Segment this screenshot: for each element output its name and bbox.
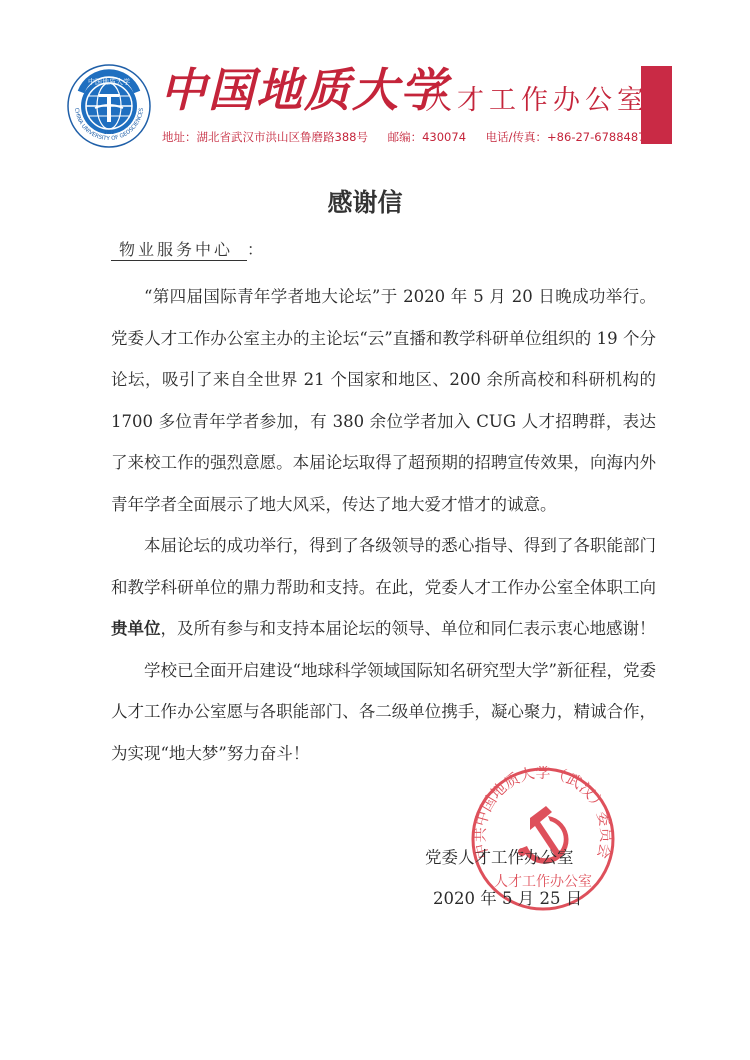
recipient-line: 物业服务中心： <box>111 238 266 262</box>
signature-office: 党委人才工作办公室 <box>425 846 574 870</box>
svg-text:中国地质大学: 中国地质大学 <box>88 77 130 86</box>
university-name: 中国地质大学 <box>160 62 448 118</box>
letter-title: 感谢信 <box>0 186 730 220</box>
recipient-name: 物业服务中心 <box>111 240 247 261</box>
letter-body: “第四届国际青年学者地大论坛”于 2020 年 5 月 20 日晚成功举行。党委… <box>111 276 656 774</box>
university-emblem-icon: 中国地质大学 1952 CHINA UNIVERSITY OF GEOSCIEN… <box>67 64 151 148</box>
phone-fax: 电话/传真：+86-27-67884879 <box>486 130 653 144</box>
letter-date: 2020 年 5 月 25 日 <box>433 887 582 911</box>
paragraph-3: 学校已全面开启建设“地球科学领域国际知名研究型大学”新征程，党委人才工作办公室愿… <box>111 650 656 775</box>
postcode: 邮编：430074 <box>388 130 466 144</box>
paragraph-2-after: ，及所有参与和支持本届论坛的领导、单位和同仁表示衷心地感谢！ <box>161 619 656 638</box>
department-name: 人才工作办公室 <box>425 84 649 118</box>
recipient-colon: ： <box>247 240 266 259</box>
paragraph-2-before: 本届论坛的成功举行，得到了各级领导的悉心指导、得到了各职能部门和教学科研单位的鼎… <box>111 536 656 597</box>
contact-line: 地址：湖北省武汉市洪山区鲁磨路388号 邮编：430074 电话/传真：+86-… <box>162 129 669 145</box>
address: 地址：湖北省武汉市洪山区鲁磨路388号 <box>162 130 368 144</box>
paragraph-2: 本届论坛的成功举行，得到了各级领导的悉心指导、得到了各职能部门和教学科研单位的鼎… <box>111 525 656 650</box>
letterhead-red-bar <box>641 66 672 144</box>
svg-text:1952: 1952 <box>104 130 115 135</box>
emphasized-recipient: 贵单位 <box>111 619 161 638</box>
paragraph-1: “第四届国际青年学者地大论坛”于 2020 年 5 月 20 日晚成功举行。党委… <box>111 276 656 525</box>
